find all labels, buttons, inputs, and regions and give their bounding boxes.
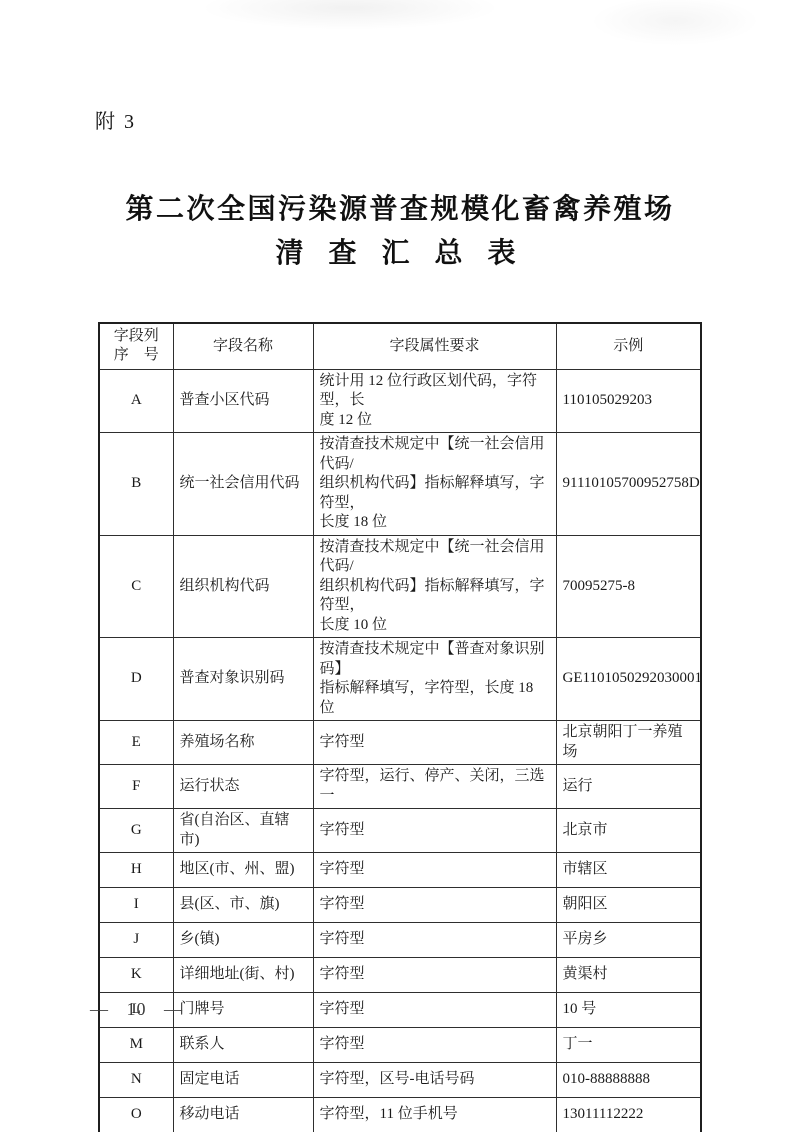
field-name: 乡(镇) [173, 923, 313, 958]
table-row: B 统一社会信用代码 按清查技术规定中【统一社会信用代码/ 组织机构代码】指标解… [99, 433, 701, 536]
row-id: M [99, 1028, 173, 1063]
row-id: H [99, 853, 173, 888]
field-requirement: 字符型 [313, 993, 556, 1028]
row-id: O [99, 1098, 173, 1132]
field-example: 平房乡 [556, 923, 701, 958]
field-example: 70095275-8 [556, 535, 701, 638]
row-id: G [99, 809, 173, 853]
table-row: F 运行状态 字符型，运行、停产、关闭，三选一 运行 [99, 765, 701, 809]
field-name: 县(区、市、旗) [173, 888, 313, 923]
title-line-2: 清 查 汇 总 表 [0, 240, 800, 268]
field-example: 市辖区 [556, 853, 701, 888]
table-row: O 移动电话 字符型，11 位手机号 13011112222 [99, 1098, 701, 1132]
field-example: 110105029203 [556, 369, 701, 433]
field-requirement: 字符型 [313, 721, 556, 765]
title-line-1: 第二次全国污染源普查规模化畜禽养殖场 [0, 196, 800, 224]
row-id: A [99, 369, 173, 433]
field-requirement: 字符型 [313, 809, 556, 853]
header-field-requirement: 字段属性要求 [313, 323, 556, 369]
field-example: 运行 [556, 765, 701, 809]
table-row: N 固定电话 字符型，区号-电话号码 010-88888888 [99, 1063, 701, 1098]
field-name: 移动电话 [173, 1098, 313, 1132]
field-example: 朝阳区 [556, 888, 701, 923]
field-requirement: 字符型 [313, 923, 556, 958]
table-row: M 联系人 字符型 丁一 [99, 1028, 701, 1063]
table-row: G 省(自治区、直辖市) 字符型 北京市 [99, 809, 701, 853]
field-example: GE1101050292030001 [556, 638, 701, 721]
field-requirement: 按清查技术规定中【统一社会信用代码/ 组织机构代码】指标解释填写，字符型， 长度… [313, 535, 556, 638]
page-number: — 10 — [90, 999, 183, 1020]
table-row: J 乡(镇) 字符型 平房乡 [99, 923, 701, 958]
header-col-index: 字段列 序 号 [99, 323, 173, 369]
table-row: E 养殖场名称 字符型 北京朝阳丁一养殖场 [99, 721, 701, 765]
field-name: 养殖场名称 [173, 721, 313, 765]
field-name: 普查对象识别码 [173, 638, 313, 721]
field-requirement: 字符型 [313, 853, 556, 888]
header-example: 示例 [556, 323, 701, 369]
row-id: K [99, 958, 173, 993]
table-row: L 门牌号 字符型 10 号 [99, 993, 701, 1028]
field-requirement: 字符型 [313, 888, 556, 923]
document-title: 第二次全国污染源普查规模化畜禽养殖场 清 查 汇 总 表 [0, 196, 800, 268]
field-requirement: 字符型 [313, 1028, 556, 1063]
field-name: 运行状态 [173, 765, 313, 809]
row-id: C [99, 535, 173, 638]
field-requirement: 按清查技术规定中【普查对象识别码】 指标解释填写，字符型，长度 18 位 [313, 638, 556, 721]
field-example: 13011112222 [556, 1098, 701, 1132]
field-name: 组织机构代码 [173, 535, 313, 638]
field-example: 黄渠村 [556, 958, 701, 993]
table-row: H 地区(市、州、盟) 字符型 市辖区 [99, 853, 701, 888]
scan-smudge [200, 0, 500, 30]
attachment-label: 附 3 [95, 105, 136, 134]
field-example: 丁一 [556, 1028, 701, 1063]
row-id: E [99, 721, 173, 765]
field-requirement: 字符型 [313, 958, 556, 993]
field-name: 固定电话 [173, 1063, 313, 1098]
row-id: J [99, 923, 173, 958]
table-row: I 县(区、市、旗) 字符型 朝阳区 [99, 888, 701, 923]
field-requirement: 字符型，运行、停产、关闭，三选一 [313, 765, 556, 809]
table-header-row: 字段列 序 号 字段名称 字段属性要求 示例 [99, 323, 701, 369]
field-example: 北京市 [556, 809, 701, 853]
fields-summary-table: 字段列 序 号 字段名称 字段属性要求 示例 A 普查小区代码 统计用 12 位… [98, 322, 702, 1132]
field-example: 北京朝阳丁一养殖场 [556, 721, 701, 765]
table-row: D 普查对象识别码 按清查技术规定中【普查对象识别码】 指标解释填写，字符型，长… [99, 638, 701, 721]
row-id: I [99, 888, 173, 923]
row-id: F [99, 765, 173, 809]
table-row: A 普查小区代码 统计用 12 位行政区划代码，字符型，长 度 12 位 110… [99, 369, 701, 433]
field-name: 普查小区代码 [173, 369, 313, 433]
field-requirement: 字符型，区号-电话号码 [313, 1063, 556, 1098]
field-name: 门牌号 [173, 993, 313, 1028]
row-id: D [99, 638, 173, 721]
field-name: 省(自治区、直辖市) [173, 809, 313, 853]
row-id: N [99, 1063, 173, 1098]
field-name: 地区(市、州、盟) [173, 853, 313, 888]
table-row: C 组织机构代码 按清查技术规定中【统一社会信用代码/ 组织机构代码】指标解释填… [99, 535, 701, 638]
scan-smudge [590, 0, 760, 46]
header-field-name: 字段名称 [173, 323, 313, 369]
document-page: 附 3 第二次全国污染源普查规模化畜禽养殖场 清 查 汇 总 表 字段列 序 号… [0, 0, 800, 1132]
row-id: B [99, 433, 173, 536]
table-row: K 详细地址(街、村) 字符型 黄渠村 [99, 958, 701, 993]
field-example: 91110105700952758D [556, 433, 701, 536]
field-name: 统一社会信用代码 [173, 433, 313, 536]
field-example: 10 号 [556, 993, 701, 1028]
field-name: 详细地址(街、村) [173, 958, 313, 993]
field-requirement: 统计用 12 位行政区划代码，字符型，长 度 12 位 [313, 369, 556, 433]
field-requirement: 按清查技术规定中【统一社会信用代码/ 组织机构代码】指标解释填写，字符型， 长度… [313, 433, 556, 536]
field-name: 联系人 [173, 1028, 313, 1063]
field-example: 010-88888888 [556, 1063, 701, 1098]
field-requirement: 字符型，11 位手机号 [313, 1098, 556, 1132]
